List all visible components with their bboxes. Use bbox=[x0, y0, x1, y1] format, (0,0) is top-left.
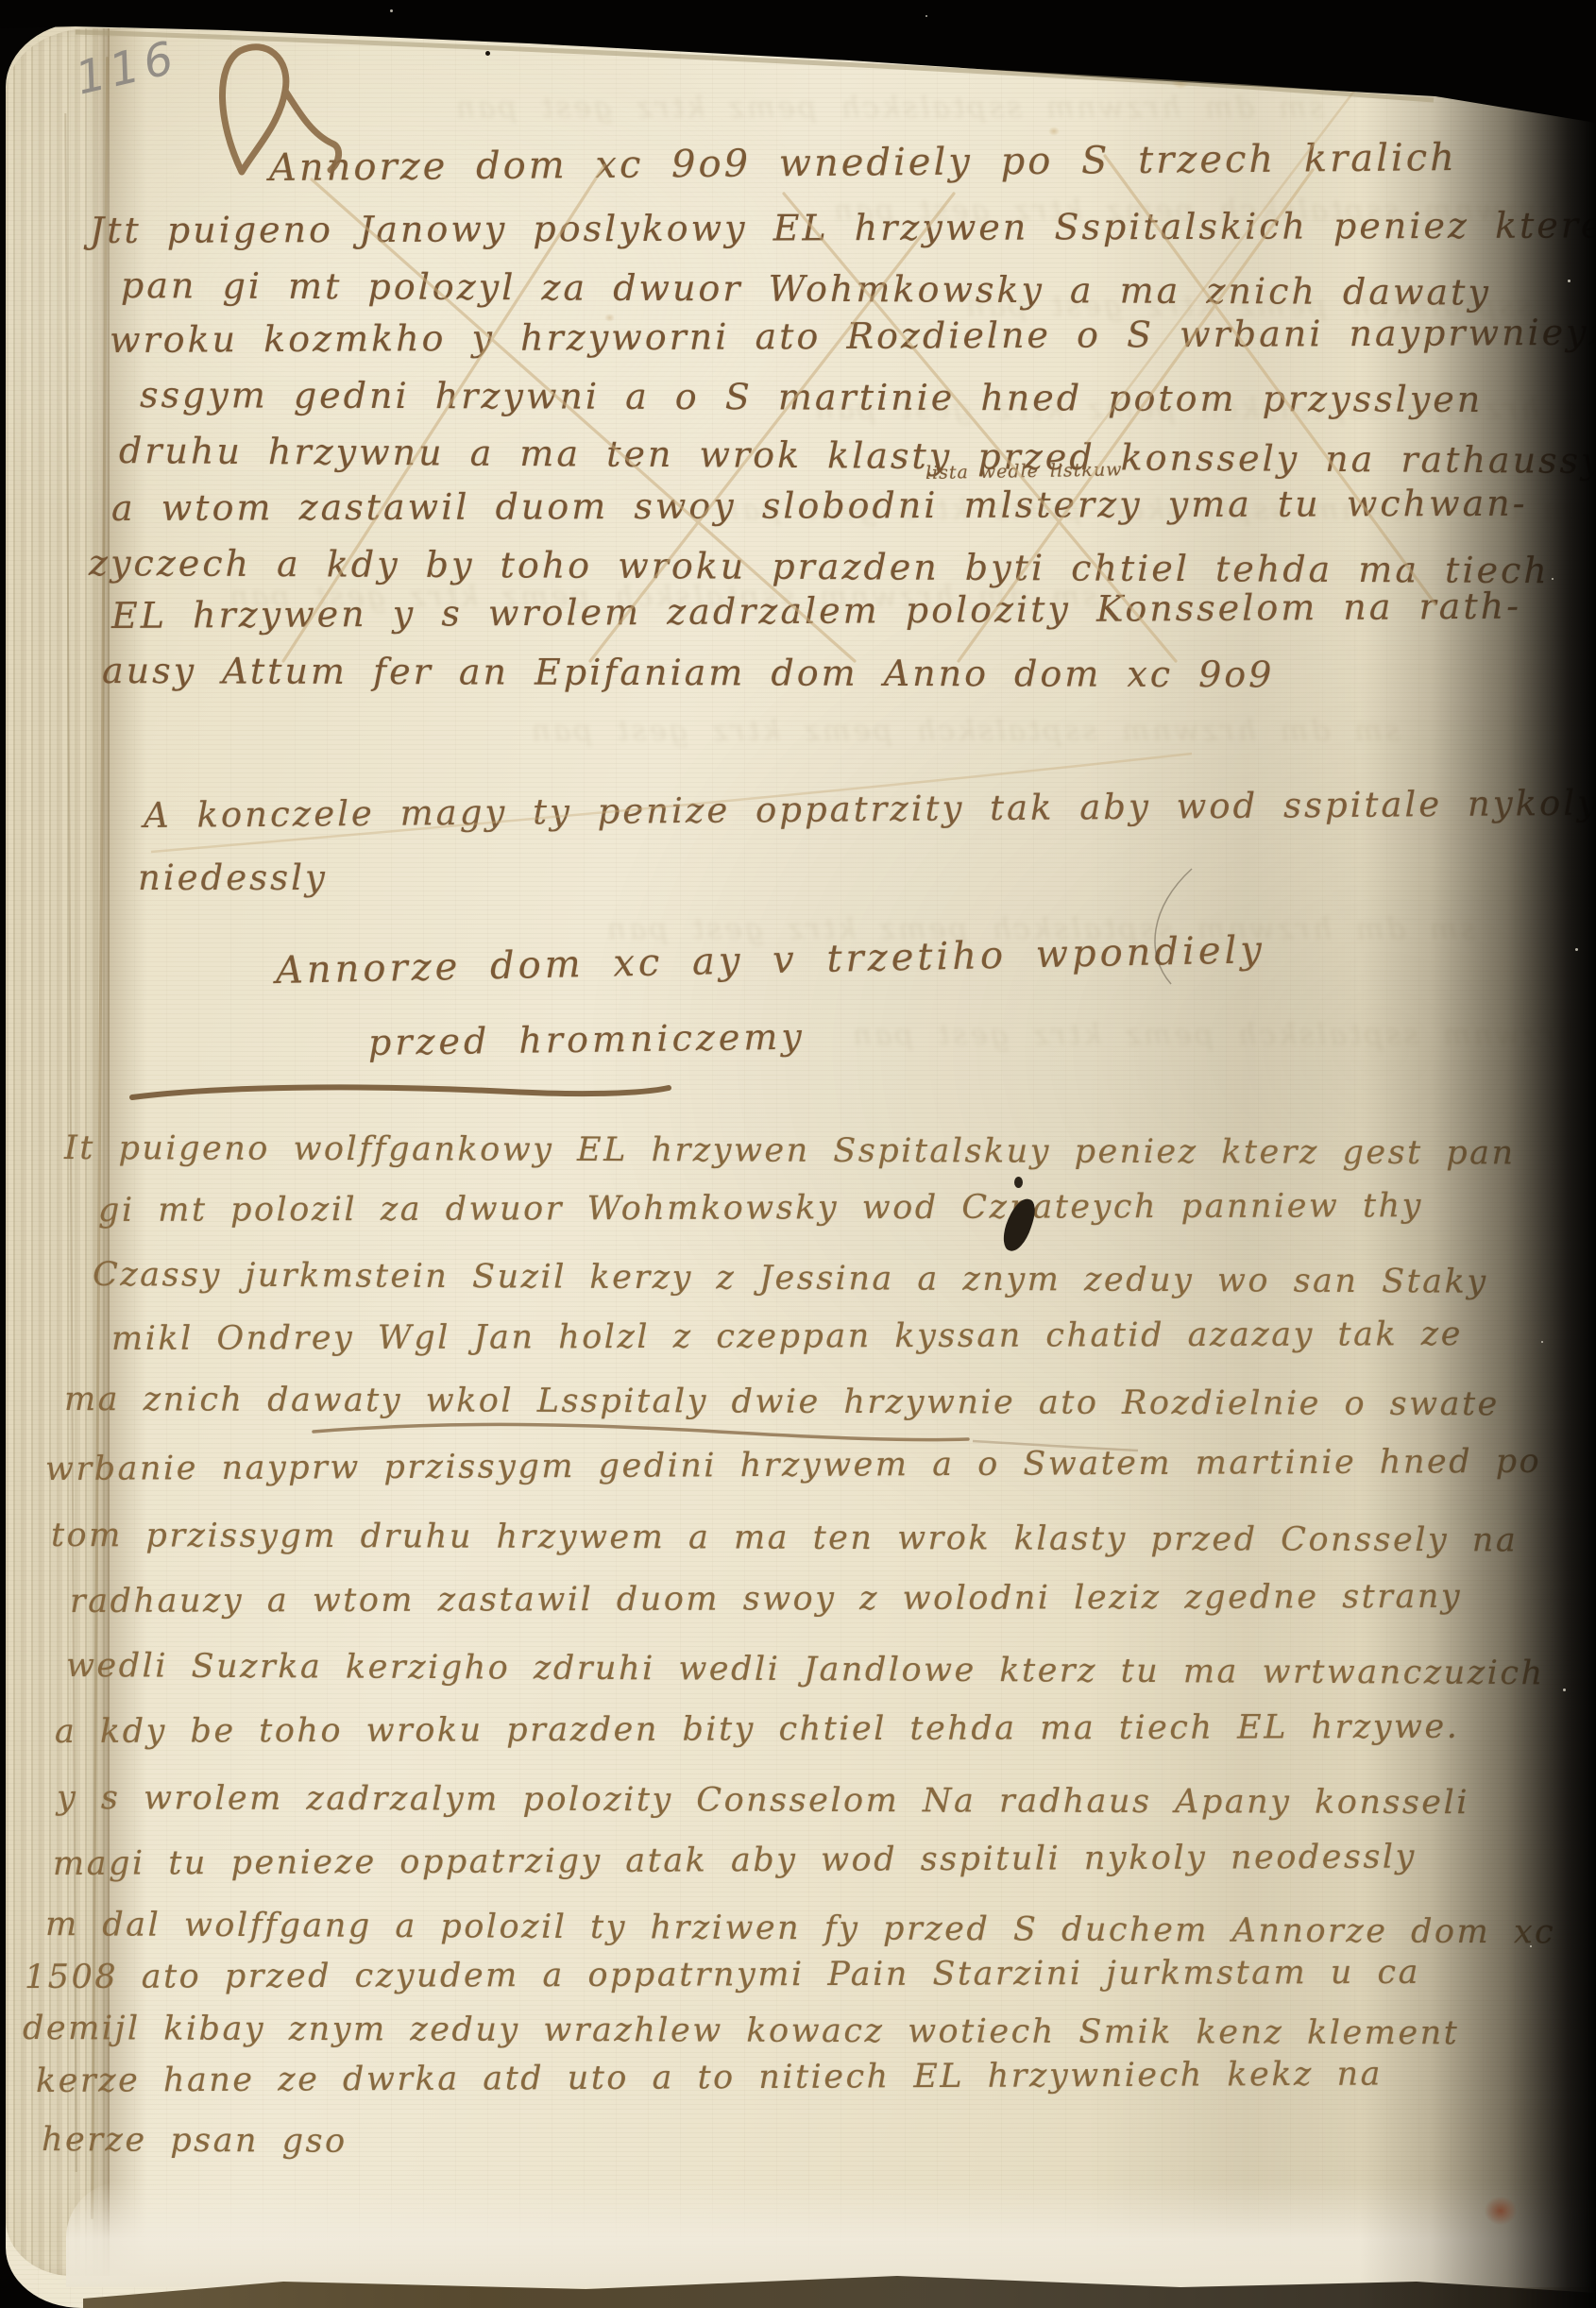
ink-blot-dot bbox=[1014, 1177, 1023, 1188]
entry1-line: ssgym gedni hrzywni a o S martinie hned … bbox=[140, 374, 1483, 420]
dust-speck bbox=[925, 15, 927, 17]
entry2-line: wrbanie nayprw przissygm gedini hrzywem … bbox=[45, 1443, 1541, 1488]
show-through-line: sm dm hrzwnm ssptalskch pemz ktrz gest p… bbox=[529, 714, 1400, 748]
entry2-line: a kdy be toho wroku prazden bity chtiel … bbox=[55, 1708, 1459, 1751]
dust-speck bbox=[1563, 1689, 1566, 1691]
entry2-line: m dal wolffgang a polozil ty hrziwen fy … bbox=[45, 1906, 1555, 1951]
dust-speck bbox=[390, 9, 393, 12]
entry1-line: ausy Attum fer an Epifaniam dom Anno dom… bbox=[102, 650, 1275, 695]
entry2-line: magi tu penieze oppatrzigy atak aby wod … bbox=[53, 1838, 1417, 1883]
entry1-closing-line: niedessly bbox=[138, 857, 328, 898]
entry2-line: tom przissygm druhu hrzywem a ma ten wro… bbox=[51, 1517, 1518, 1559]
interlinear-note: lista wedle listkuw bbox=[925, 459, 1123, 484]
entry1-line: zyczech a kdy by toho wroku prazden byti… bbox=[89, 542, 1550, 591]
entry2-line: y s wrolem zadrzalym polozity Consselom … bbox=[57, 1779, 1469, 1822]
entry2-line: radhauzy a wtom zastawil duom swoy z wol… bbox=[70, 1578, 1462, 1621]
entry2-line: It puigeno wolffgankowy EL hrzywen Sspit… bbox=[64, 1129, 1516, 1172]
show-through-line: sm dm hrzwnm ssptalskch pemz ktrz gest p… bbox=[453, 91, 1324, 125]
entry2-line: demijl kibay znym zeduy wrazhlew kowacz … bbox=[23, 2010, 1459, 2052]
entry2-line: mikl Ondrey Wgl Jan holzl z czeppan kyss… bbox=[111, 1315, 1463, 1358]
entry2-line: ma znich dawaty wkol Lsspitaly dwie hrzy… bbox=[64, 1381, 1500, 1423]
dust-speck bbox=[1541, 1341, 1543, 1343]
dust-speck bbox=[1552, 578, 1554, 580]
ink-speck bbox=[485, 51, 490, 56]
entry2-line: Czassy jurkmstein Suzil kerzy z Jessina … bbox=[93, 1256, 1488, 1301]
entry1-line: a wtom zastawil duom swoy slobodni mlste… bbox=[111, 483, 1528, 529]
entry1-line: pan gi mt polozyl za dwuor Wohmkowsky a … bbox=[121, 264, 1491, 314]
entry2-line: kerze hane ze dwrka atd uto a to nitiech… bbox=[36, 2056, 1383, 2100]
entry2-date-heading: przed hromniczemy bbox=[368, 1016, 806, 1063]
dust-speck bbox=[1575, 948, 1578, 951]
entry2-line: wedli Suzrka kerzigho zdruhi wedli Jandl… bbox=[66, 1647, 1545, 1692]
dust-speck bbox=[1530, 1945, 1532, 1947]
manuscript-scan: sm dm hrzwnm ssptalskch pemz ktrz gest p… bbox=[0, 0, 1596, 2308]
right-gutter-shadow bbox=[1360, 0, 1596, 2308]
entry2-line: 1508 ato przed czyudem a oppatrnymi Pain… bbox=[25, 1954, 1420, 1996]
dust-speck bbox=[1568, 280, 1571, 282]
entry2-line: gi mt polozil za dwuor Wohmkowsky wod Cz… bbox=[98, 1187, 1423, 1230]
entry2-line: herze psan gso bbox=[42, 2121, 348, 2161]
